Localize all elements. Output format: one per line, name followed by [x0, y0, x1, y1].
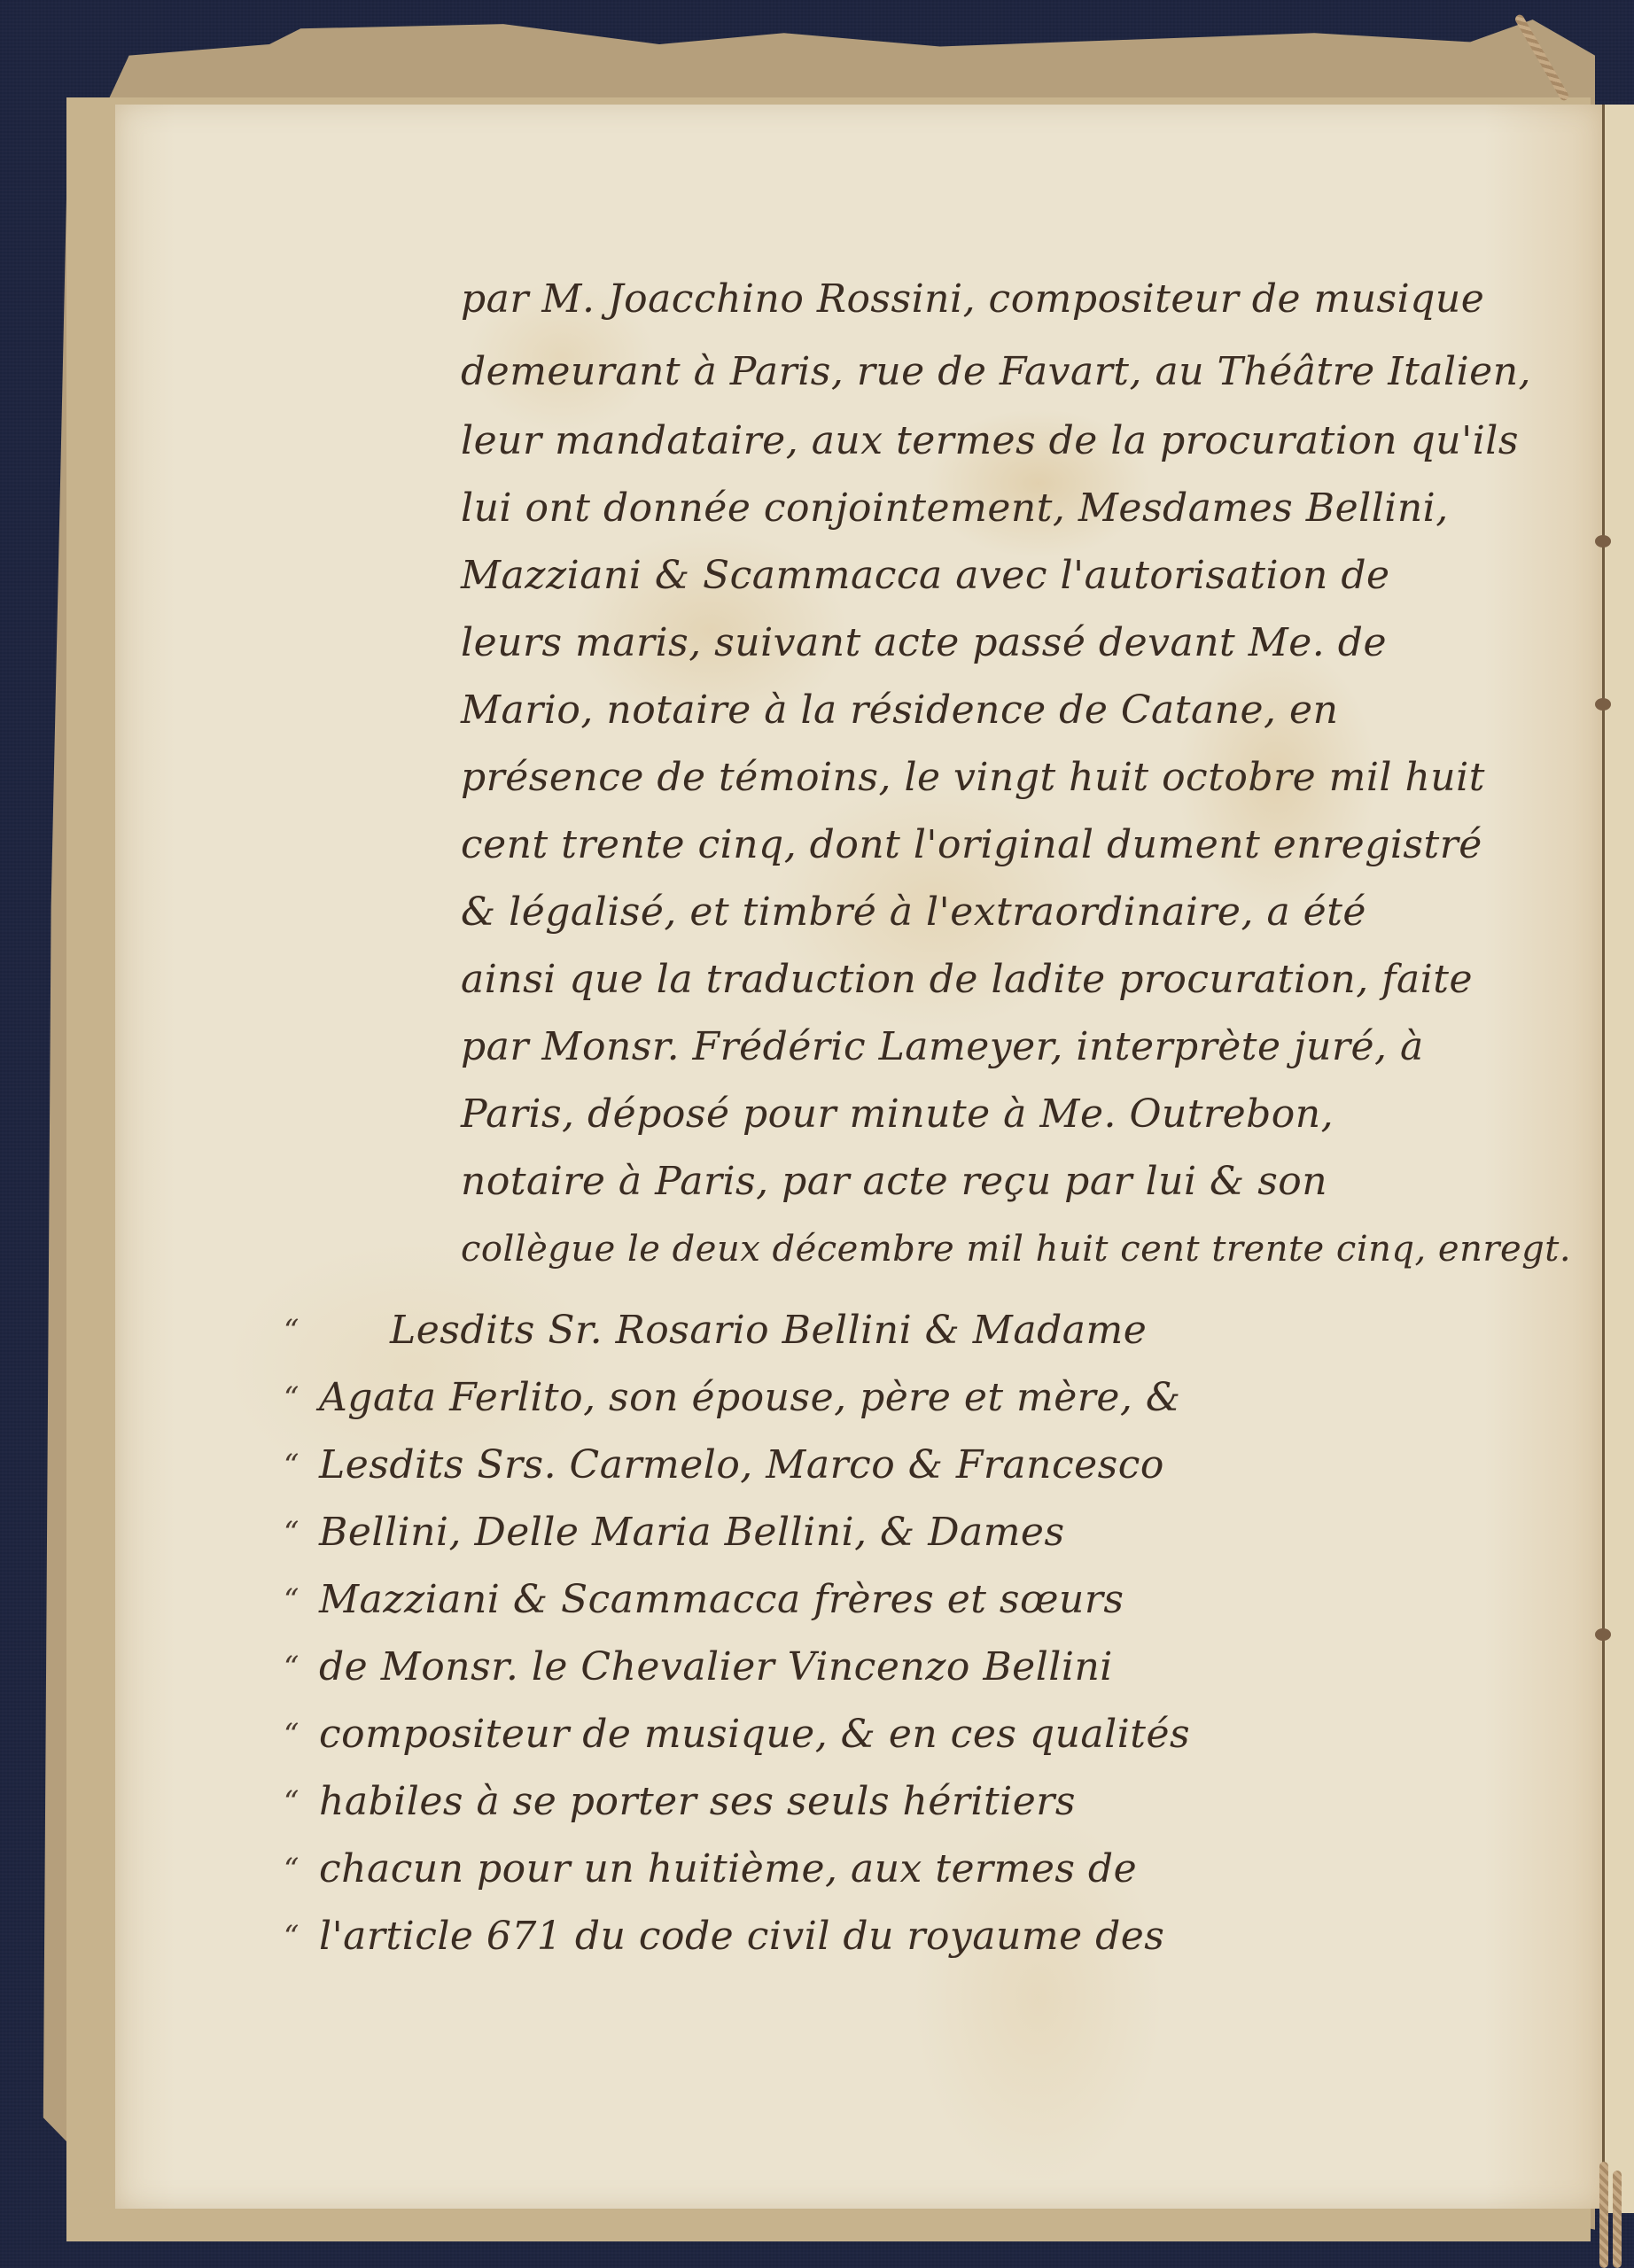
- quoted-line: “compositeur de musique, & en ces qualit…: [284, 1701, 1524, 1768]
- text-line: & légalisé, et timbré à l'extraordinaire…: [461, 879, 1604, 946]
- text-line: par Monsr. Frédéric Lameyer, interprète …: [461, 1014, 1604, 1081]
- quote-mark: “: [284, 1768, 300, 1836]
- quote-mark: “: [284, 1634, 300, 1701]
- text-line: collègue le deux décembre mil huit cent …: [461, 1216, 1604, 1283]
- text-line: Mario, notaire à la résidence de Catane,…: [461, 677, 1604, 744]
- quoted-line: “Lesdits Srs. Carmelo, Marco & Francesco: [284, 1432, 1524, 1499]
- quote-mark: “: [284, 1566, 300, 1634]
- quoted-line: “Bellini, Delle Maria Bellini, & Dames: [284, 1499, 1524, 1566]
- quoted-line: “habiles à se porter ses seuls héritiers: [284, 1768, 1524, 1836]
- text-line: par M. Joacchino Rossini, compositeur de…: [461, 266, 1604, 333]
- quoted-line: “l'article 671 du code civil du royaume …: [284, 1903, 1524, 1970]
- text-line: leur mandataire, aux termes de la procur…: [461, 408, 1604, 475]
- quote-mark: “: [284, 1836, 300, 1903]
- quoted-line: “chacun pour un huitième, aux termes de: [284, 1836, 1524, 1903]
- quoted-line: “Lesdits Sr. Rosario Bellini & Madame: [284, 1297, 1524, 1364]
- quote-mark: “: [284, 1432, 300, 1499]
- binding-cord: [1613, 2171, 1622, 2268]
- adjacent-page-edge: [1605, 105, 1634, 2213]
- quote-mark: “: [284, 1499, 300, 1566]
- binding-cord: [1599, 2162, 1608, 2268]
- quoted-paragraph: “Lesdits Sr. Rosario Bellini & Madame “A…: [284, 1297, 1524, 1970]
- quote-mark: “: [284, 1701, 300, 1768]
- text-line: cent trente cinq, dont l'original dument…: [461, 812, 1604, 879]
- text-line: présence de témoins, le vingt huit octob…: [461, 744, 1604, 812]
- quote-mark: “: [284, 1903, 300, 1970]
- text-line: Paris, déposé pour minute à Me. Outrebon…: [461, 1081, 1604, 1148]
- quote-mark: “: [284, 1364, 300, 1432]
- text-line: Mazziani & Scammacca avec l'autorisation…: [461, 542, 1604, 610]
- text-line: demeurant à Paris, rue de Favart, au Thé…: [461, 338, 1604, 406]
- quote-mark: “: [284, 1297, 300, 1364]
- quoted-line: “Agata Ferlito, son épouse, père et mère…: [284, 1364, 1524, 1432]
- quoted-line: “Mazziani & Scammacca frères et sœurs: [284, 1566, 1524, 1634]
- text-line: ainsi que la traduction de ladite procur…: [461, 946, 1604, 1014]
- quoted-line: “de Monsr. le Chevalier Vincenzo Bellini: [284, 1634, 1524, 1701]
- handwritten-text-block: par M. Joacchino Rossini, compositeur de…: [461, 266, 1604, 1949]
- text-line: leurs maris, suivant acte passé devant M…: [461, 610, 1604, 677]
- text-line: notaire à Paris, par acte reçu par lui &…: [461, 1148, 1604, 1216]
- text-line: lui ont donnée conjointement, Mesdames B…: [461, 475, 1604, 542]
